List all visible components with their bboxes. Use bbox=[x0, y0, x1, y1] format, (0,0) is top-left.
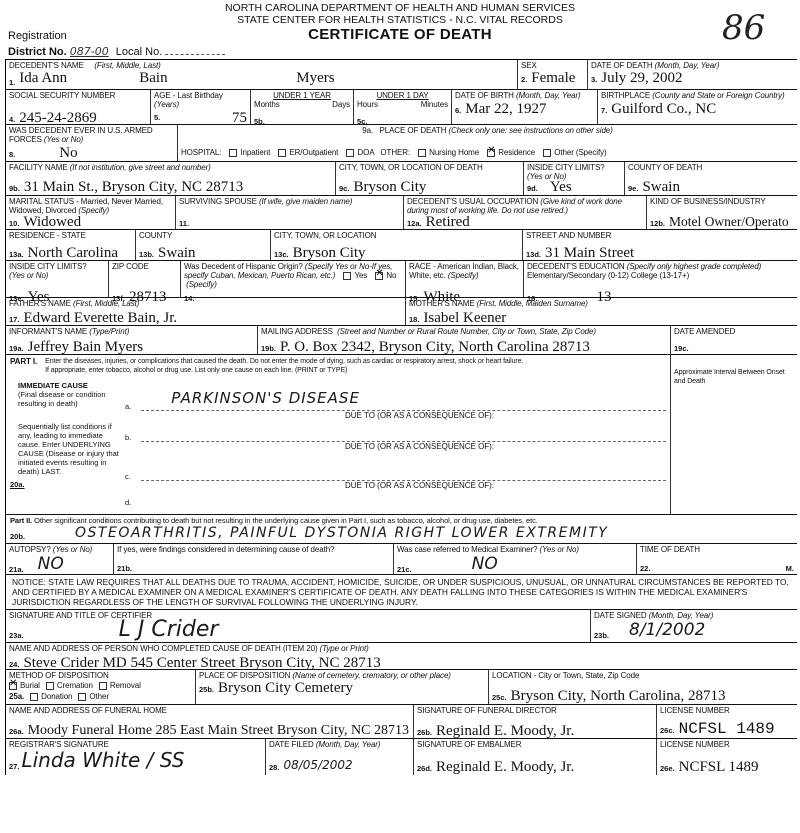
field-label: LICENSE NUMBER bbox=[660, 706, 794, 715]
field-label: DATE AMENDED bbox=[674, 327, 794, 336]
age-field: AGE - Last Birthday(Years) 5.75 bbox=[151, 90, 251, 124]
county-of-death-field: COUNTY OF DEATH 9e.Swain bbox=[625, 162, 797, 195]
field-number: 21a. bbox=[9, 565, 24, 574]
inpatient-checkbox[interactable] bbox=[229, 149, 237, 157]
other-disposition-label: Other bbox=[89, 692, 109, 701]
residence-county-value: Swain bbox=[158, 245, 196, 261]
field-hint: (Check only one: see instructions on oth… bbox=[449, 126, 613, 135]
residence-checkbox[interactable] bbox=[487, 149, 495, 157]
armed-forces-value: No bbox=[59, 145, 77, 161]
field-label: MOTHER'S NAME bbox=[409, 299, 475, 308]
field-label: AUTOPSY? bbox=[9, 545, 51, 554]
donation-checkbox[interactable] bbox=[30, 693, 38, 701]
field-label: METHOD OF DISPOSITION bbox=[9, 671, 192, 680]
certificate-title: CERTIFICATE OF DEATH bbox=[0, 26, 800, 44]
line-letter: a. bbox=[125, 402, 131, 411]
ssn-age-row: SOCIAL SECURITY NUMBER 4.245-24-2869 AGE… bbox=[6, 90, 797, 125]
interval-label: Approximate Interval Between Onset and D… bbox=[674, 368, 794, 386]
part-2-instructions: Other significant conditions contributin… bbox=[34, 516, 538, 525]
field-hint: (Specify) bbox=[448, 271, 479, 280]
field-number: 12a. bbox=[407, 219, 422, 228]
field-hint: (Years) bbox=[154, 100, 179, 109]
part-2-other-conditions: Part II. Other significant conditions co… bbox=[6, 515, 797, 544]
findings-field: If yes, were findings considered in dete… bbox=[114, 544, 394, 574]
line-letter: b. bbox=[125, 433, 131, 442]
mailing-address-field: MAILING ADDRESS (Street and Number or Ru… bbox=[258, 326, 671, 354]
hispanic-no-checkbox[interactable] bbox=[375, 272, 383, 280]
field-hint: (Yes or No) bbox=[9, 271, 48, 280]
business-field: KIND OF BUSINESS/INDUSTRY 12b.Motel Owne… bbox=[647, 196, 797, 229]
field-label: RESIDENCE - STATE bbox=[9, 231, 132, 240]
place-of-death-field: 9a. PLACE OF DEATH (Check only one: see … bbox=[178, 125, 797, 161]
burial-checkbox[interactable] bbox=[9, 682, 17, 690]
completer-row: NAME AND ADDRESS OF PERSON WHO COMPLETED… bbox=[6, 643, 797, 670]
age-value: 75 bbox=[232, 110, 247, 126]
race-field: RACE - American Indian, Black, White, et… bbox=[406, 261, 524, 297]
agency-line: STATE CENTER FOR HEALTH STATISTICS - N.C… bbox=[0, 14, 800, 26]
residence-street-value: 31 Main Street bbox=[545, 245, 634, 261]
er-outpatient-checkbox[interactable] bbox=[278, 149, 286, 157]
director-license-field: LICENSE NUMBER 26c.NCFSL 1489 bbox=[657, 705, 797, 738]
informant-name-value: Jeffrey Bain Myers bbox=[28, 339, 144, 355]
due-to-label: DUE TO (OR AS A CONSEQUENCE OF): bbox=[345, 411, 666, 420]
other-specify-label: Other (Specify) bbox=[554, 148, 606, 157]
field-label: FATHER'S NAME bbox=[9, 299, 71, 308]
field-label: SIGNATURE OF EMBALMER bbox=[417, 740, 653, 749]
cause-lines: a.PARKINSON'S DISEASE DUE TO (OR AS A CO… bbox=[125, 381, 666, 507]
field-number: 11. bbox=[179, 219, 189, 228]
dob-value: Mar 22, 1927 bbox=[465, 101, 546, 117]
surviving-spouse-field: SURVIVING SPOUSE (If wife, give maiden n… bbox=[176, 196, 404, 229]
field-label: MAILING ADDRESS bbox=[261, 327, 333, 336]
field-label: UNDER 1 YEAR bbox=[254, 91, 350, 100]
residence-label: Residence bbox=[498, 148, 535, 157]
field-number: 13b. bbox=[139, 250, 154, 259]
cause-line-a[interactable]: PARKINSON'S DISEASE bbox=[141, 389, 666, 411]
field-hint: (Type or Print) bbox=[320, 644, 369, 653]
field-number: 7. bbox=[601, 106, 607, 115]
doa-label: DOA bbox=[357, 148, 374, 157]
cause-instructions: IMMEDIATE CAUSE (Final disease or condit… bbox=[10, 381, 125, 507]
marital-occupation-row: MARITAL STATUS - Married, Never Married,… bbox=[6, 196, 797, 230]
field-hint: (First, Middle, Maiden Surname) bbox=[477, 299, 588, 308]
registrar-row: REGISTRAR'S SIGNATURE 27.Linda White / S… bbox=[6, 739, 797, 775]
mailing-address-value: P. O. Box 2342, Bryson City, North Carol… bbox=[280, 339, 590, 355]
donation-label: Donation bbox=[41, 692, 72, 701]
death-inside-limits-value: Yes bbox=[550, 179, 572, 195]
field-label: NAME AND ADDRESS OF FUNERAL HOME bbox=[9, 706, 410, 715]
field-number: 19c. bbox=[674, 344, 689, 353]
other-specify-checkbox[interactable] bbox=[543, 149, 551, 157]
business-value: Motel Owner/Operato bbox=[669, 214, 789, 229]
field-number: 23b. bbox=[594, 631, 609, 640]
part-1-label: PART I. bbox=[10, 357, 37, 375]
armed-forces-place-of-death-row: WAS DECEDENT EVER IN U.S. ARMED FORCES (… bbox=[6, 125, 797, 162]
sequential-instructions: Sequentially list conditions if any, lea… bbox=[18, 422, 125, 476]
registrar-signature: Linda White / SS bbox=[21, 749, 184, 771]
birthplace-value: Guilford Co., NC bbox=[611, 101, 716, 117]
facility-row: FACILITY NAME (If not institution, give … bbox=[6, 162, 797, 196]
cause-line-b[interactable] bbox=[141, 428, 666, 442]
field-number: 21c. bbox=[397, 565, 412, 574]
immediate-cause-label: IMMEDIATE CAUSE bbox=[18, 381, 88, 390]
part-1-cause-of-death: PART I. Enter the diseases, injuries, or… bbox=[6, 355, 797, 515]
hispanic-no-label: No bbox=[386, 271, 396, 280]
cause-line-c[interactable] bbox=[141, 467, 666, 481]
residence-state-value: North Carolina bbox=[28, 245, 118, 261]
field-number: 28. bbox=[269, 763, 279, 772]
certifier-signature: L J Crider bbox=[119, 620, 219, 640]
autopsy-value: NO bbox=[38, 554, 64, 574]
marital-status-value: Widowed bbox=[23, 214, 81, 230]
field-number: 26b. bbox=[417, 728, 432, 737]
field-number: 26c. bbox=[660, 726, 675, 735]
department-line: NORTH CAROLINA DEPARTMENT OF HEALTH AND … bbox=[0, 2, 800, 14]
other-disposition-checkbox[interactable] bbox=[78, 693, 86, 701]
cause-a-value: PARKINSON'S DISEASE bbox=[171, 389, 360, 407]
under-1-year-field: UNDER 1 YEAR MonthsDays 5b. bbox=[251, 90, 354, 124]
field-label: DATE FILED bbox=[269, 740, 314, 749]
field-number: 9e. bbox=[628, 184, 638, 193]
date-amended-field: DATE AMENDED 19c. bbox=[671, 326, 797, 354]
death-inside-limits-field: INSIDE CITY LIMITS?(Yes or No) 9d.Yes bbox=[524, 162, 625, 195]
zip-code-field: ZIP CODE 13f.28713 bbox=[109, 261, 181, 297]
other-conditions-field: Part II. Other significant conditions co… bbox=[6, 515, 797, 543]
field-number: 26a. bbox=[9, 727, 24, 736]
certifier-signature-field: SIGNATURE AND TITLE OF CERTIFIER 23a.L J… bbox=[6, 610, 591, 642]
part-2-label: Part II. bbox=[10, 516, 32, 525]
residence-state-field: RESIDENCE - STATE 13a.North Carolina bbox=[6, 230, 136, 260]
facility-field: FACILITY NAME (If not institution, give … bbox=[6, 162, 336, 195]
funeral-home-value: Moody Funeral Home 285 East Main Street … bbox=[28, 723, 409, 738]
inpatient-label: Inpatient bbox=[240, 148, 270, 157]
first-name: Ida Ann bbox=[19, 70, 139, 91]
certificate-form: DECEDENT'S NAME (First, Middle, Last) 1.… bbox=[5, 59, 797, 775]
field-number: 27. bbox=[9, 762, 19, 771]
residence-city-field: CITY, TOWN, OR LOCATION 13c.Bryson City bbox=[271, 230, 523, 260]
field-number: 17. bbox=[9, 315, 19, 324]
field-label: INSIDE CITY LIMITS? bbox=[9, 262, 87, 271]
field-number: 22. bbox=[640, 564, 650, 573]
field-hint: (Specify) bbox=[186, 280, 217, 289]
disposition-row: METHOD OF DISPOSITION BurialCremationRem… bbox=[6, 670, 797, 705]
meridiem-label: M. bbox=[786, 564, 794, 573]
registrar-signature-field: REGISTRAR'S SIGNATURE 27.Linda White / S… bbox=[6, 739, 266, 775]
field-label: ZIP CODE bbox=[112, 262, 177, 271]
field-label: SURVIVING SPOUSE bbox=[179, 197, 257, 206]
embalmer-license-field: LICENSE NUMBER 26e.NCFSL 1489 bbox=[657, 739, 797, 775]
field-number: 26e. bbox=[660, 764, 675, 773]
field-hint: (First, Middle, Last) bbox=[94, 61, 160, 70]
field-number: 8. bbox=[9, 150, 15, 159]
field-number: 19a. bbox=[9, 344, 24, 353]
field-hint: (Month, Day, Year) bbox=[649, 611, 714, 620]
field-number: 25b. bbox=[199, 685, 214, 694]
due-to-label: DUE TO (OR AS A CONSEQUENCE OF): bbox=[345, 481, 666, 490]
hispanic-yes-label: Yes bbox=[354, 271, 367, 280]
local-label: Local No. bbox=[116, 46, 162, 58]
marital-status-field: MARITAL STATUS - Married, Never Married,… bbox=[6, 196, 176, 229]
district-value: 087-00 bbox=[70, 45, 109, 58]
date-of-birth-field: DATE OF BIRTH (Month, Day, Year) 6.Mar 2… bbox=[452, 90, 598, 124]
field-label: PLACE OF DEATH bbox=[379, 126, 446, 135]
notice-row: NOTICE: STATE LAW REQUIRES THAT ALL DEAT… bbox=[6, 575, 797, 610]
ssn-field: SOCIAL SECURITY NUMBER 4.245-24-2869 bbox=[6, 90, 151, 124]
field-hint: (Name of cemetery, crematory, or other p… bbox=[292, 671, 450, 680]
field-label: DATE OF BIRTH bbox=[455, 91, 514, 100]
immediate-cause-hint: (Final disease or condition resulting in… bbox=[18, 390, 125, 408]
field-label: If yes, were findings considered in dete… bbox=[117, 545, 390, 554]
due-to-label: DUE TO (OR AS A CONSEQUENCE OF): bbox=[345, 442, 666, 451]
mother-name-value: Isabel Keener bbox=[423, 310, 506, 326]
parents-row: FATHER'S NAME (First, Middle, Last) 17.E… bbox=[6, 298, 797, 326]
field-label: COUNTY bbox=[139, 231, 267, 240]
field-number: 25c. bbox=[492, 693, 507, 702]
embalmer-value: Reginald E. Moody, Jr. bbox=[436, 759, 574, 775]
time-of-death-field: TIME OF DEATH 22.M. bbox=[637, 544, 797, 574]
date-of-death-value: July 29, 2002 bbox=[601, 70, 682, 86]
field-number: 23a. bbox=[9, 631, 24, 640]
field-number: 20b. bbox=[10, 532, 25, 541]
field-number: 12b. bbox=[650, 219, 665, 228]
birthplace-field: BIRTHPLACE (County and State or Foreign … bbox=[598, 90, 797, 124]
removal-checkbox[interactable] bbox=[99, 682, 107, 690]
embalmer-field: SIGNATURE OF EMBALMER 26d.Reginald E. Mo… bbox=[414, 739, 657, 775]
field-number: 13c. bbox=[274, 250, 289, 259]
removal-label: Removal bbox=[110, 681, 141, 690]
director-license-value: NCFSL 1489 bbox=[679, 720, 775, 738]
middle-name: Bain bbox=[139, 70, 296, 91]
occupation-value: Retired bbox=[426, 214, 470, 230]
field-label: AGE - Last Birthday bbox=[154, 91, 223, 100]
minutes-label: Minutes bbox=[421, 100, 448, 109]
mother-name-field: MOTHER'S NAME (First, Middle, Maiden Sur… bbox=[406, 298, 797, 325]
ssn-value: 245-24-2869 bbox=[19, 110, 97, 126]
field-hint: (Month, Day, Year) bbox=[516, 91, 581, 100]
field-number: 4. bbox=[9, 115, 15, 124]
occupation-field: DECEDENT'S USUAL OCCUPATION (Give kind o… bbox=[404, 196, 647, 229]
field-number: 25a. bbox=[9, 692, 24, 701]
field-number: 10. bbox=[9, 219, 19, 228]
last-name: Myers bbox=[296, 70, 334, 91]
field-number: 9d. bbox=[527, 184, 538, 193]
nursing-home-label: Nursing Home bbox=[429, 148, 479, 157]
field-label: UNDER 1 DAY bbox=[357, 91, 448, 100]
field-number: 2. bbox=[521, 75, 527, 84]
funeral-home-field: NAME AND ADDRESS OF FUNERAL HOME 26a.Moo… bbox=[6, 705, 414, 738]
part-1-instructions: Enter the diseases, injuries, or complic… bbox=[45, 357, 523, 366]
armed-forces-field: WAS DECEDENT EVER IN U.S. ARMED FORCES (… bbox=[6, 125, 178, 161]
informant-row: INFORMANT'S NAME (Type/Print) 19a.Jeffre… bbox=[6, 326, 797, 355]
field-number: 20a. bbox=[10, 480, 125, 489]
field-label: SIGNATURE OF FUNERAL DIRECTOR bbox=[417, 706, 653, 715]
residence-row: RESIDENCE - STATE 13a.North Carolina COU… bbox=[6, 230, 797, 261]
autopsy-field: AUTOPSY? (Yes or No) 21a.NO bbox=[6, 544, 114, 574]
field-hint: (Month, Day, Year) bbox=[316, 740, 381, 749]
field-hint: (Yes or No) bbox=[540, 545, 579, 554]
death-city-value: Bryson City bbox=[353, 179, 426, 195]
field-number: 19b. bbox=[261, 344, 276, 353]
completer-field: NAME AND ADDRESS OF PERSON WHO COMPLETED… bbox=[6, 643, 797, 669]
informant-name-field: INFORMANT'S NAME (Type/Print) 19a.Jeffre… bbox=[6, 326, 258, 354]
field-hint: (Specify) bbox=[78, 206, 109, 215]
education-scale: Elementary/Secondary (0-12) College (13-… bbox=[527, 271, 689, 280]
field-hint: (If wife, give maiden name) bbox=[259, 197, 352, 206]
education-field: DECEDENT'S EDUCATION (Specify only highe… bbox=[524, 261, 797, 297]
date-filed-value: 08/05/2002 bbox=[283, 758, 352, 772]
field-number: 5. bbox=[154, 110, 160, 126]
handwritten-number: 86 bbox=[722, 8, 765, 48]
field-label: LOCATION - City or Town, State, Zip Code bbox=[492, 671, 794, 680]
line-letter: d. bbox=[125, 498, 131, 507]
funeral-director-field: SIGNATURE OF FUNERAL DIRECTOR 26b.Regina… bbox=[414, 705, 657, 738]
field-label: FACILITY NAME bbox=[9, 163, 68, 172]
district-label: District No. bbox=[8, 46, 67, 58]
field-label: Was case referred to Medical Examiner? bbox=[397, 545, 537, 554]
field-label: DECEDENT'S EDUCATION bbox=[527, 262, 625, 271]
field-number: 13a. bbox=[9, 250, 24, 259]
field-number: 21b. bbox=[117, 564, 390, 573]
field-hint: (County and State or Foreign Country) bbox=[652, 91, 784, 100]
field-number: 9c. bbox=[339, 184, 349, 193]
field-label: DECEDENT'S USUAL OCCUPATION bbox=[407, 197, 538, 206]
field-hint: (Street and Number or Rural Route Number… bbox=[337, 327, 596, 336]
funeral-home-row: NAME AND ADDRESS OF FUNERAL HOME 26a.Moo… bbox=[6, 705, 797, 739]
field-number: 13d. bbox=[526, 250, 541, 259]
field-hint: (Yes or No) bbox=[53, 545, 92, 554]
place-of-disposition-field: PLACE OF DISPOSITION (Name of cemetery, … bbox=[196, 670, 489, 704]
date-filed-field: DATE FILED (Month, Day, Year) 28.08/05/2… bbox=[266, 739, 414, 775]
field-hint: (Specify only highest grade completed) bbox=[627, 262, 762, 271]
father-name-value: Edward Everette Bain, Jr. bbox=[23, 310, 177, 326]
field-hint: (Yes or No) bbox=[44, 135, 83, 144]
field-label: SEX bbox=[521, 61, 584, 70]
district-line: District No. 087-00 Local No. bbox=[8, 45, 225, 58]
decedent-name-field: DECEDENT'S NAME (First, Middle, Last) 1.… bbox=[6, 60, 518, 89]
registration-label: Registration bbox=[8, 30, 67, 42]
field-number: 9b. bbox=[9, 184, 20, 193]
medical-examiner-field: Was case referred to Medical Examiner? (… bbox=[394, 544, 637, 574]
hispanic-origin-field: Was Decedent of Hispanic Origin? (Specif… bbox=[181, 261, 406, 297]
line-letter: c. bbox=[125, 472, 131, 481]
father-name-field: FATHER'S NAME (First, Middle, Last) 17.E… bbox=[6, 298, 406, 325]
field-label: TIME OF DEATH bbox=[640, 545, 794, 554]
field-label: PLACE OF DISPOSITION bbox=[199, 671, 290, 680]
demographics-row: INSIDE CITY LIMITS?(Yes or No) 13e.Yes Z… bbox=[6, 261, 797, 298]
field-label: CITY, TOWN, OR LOCATION bbox=[274, 231, 519, 240]
interval-column: Approximate Interval Between Onset and D… bbox=[671, 355, 797, 514]
field-label: DATE SIGNED bbox=[594, 611, 647, 620]
field-label: INSIDE CITY LIMITS? bbox=[527, 163, 605, 172]
field-hint: (If not institution, give street and num… bbox=[70, 163, 211, 172]
field-label: KIND OF BUSINESS/INDUSTRY bbox=[650, 197, 794, 206]
residence-inside-limits-field: INSIDE CITY LIMITS?(Yes or No) 13e.Yes bbox=[6, 261, 109, 297]
field-label: LICENSE NUMBER bbox=[660, 740, 794, 749]
er-outpatient-label: ER/Outpatient bbox=[289, 148, 338, 157]
field-number: 6. bbox=[455, 106, 461, 115]
doa-checkbox[interactable] bbox=[346, 149, 354, 157]
field-number: 24. bbox=[9, 660, 19, 669]
sex-field: SEX 2.Female bbox=[518, 60, 588, 89]
date-signed-field: DATE SIGNED (Month, Day, Year) 23b.8/1/2… bbox=[591, 610, 797, 642]
field-hint: (Month, Day, Year) bbox=[655, 61, 720, 70]
funeral-director-value: Reginald E. Moody, Jr. bbox=[436, 723, 574, 739]
medical-examiner-value: NO bbox=[472, 554, 498, 574]
certificate-header: NORTH CAROLINA DEPARTMENT OF HEALTH AND … bbox=[0, 2, 800, 44]
field-number: 3. bbox=[591, 75, 597, 84]
burial-label: Burial bbox=[20, 681, 40, 690]
field-label: COUNTY OF DEATH bbox=[628, 163, 794, 172]
field-label: DATE OF DEATH bbox=[591, 61, 653, 70]
field-number: 1. bbox=[9, 75, 15, 91]
field-label: SIGNATURE AND TITLE OF CERTIFIER bbox=[9, 611, 587, 620]
cremation-checkbox[interactable] bbox=[46, 682, 54, 690]
hispanic-yes-checkbox[interactable] bbox=[343, 272, 351, 280]
field-label: STREET AND NUMBER bbox=[526, 231, 794, 240]
field-hint: (Type/Print) bbox=[89, 327, 129, 336]
field-number: 26d. bbox=[417, 764, 432, 773]
nursing-home-checkbox[interactable] bbox=[418, 149, 426, 157]
hours-label: Hours bbox=[357, 100, 378, 109]
field-label: DECEDENT'S NAME bbox=[9, 61, 84, 70]
date-signed-value: 8/1/2002 bbox=[629, 620, 705, 640]
field-label: NAME AND ADDRESS OF PERSON WHO COMPLETED… bbox=[9, 644, 318, 653]
cremation-label: Cremation bbox=[57, 681, 93, 690]
field-label: BIRTHPLACE bbox=[601, 91, 650, 100]
disposition-location-value: Bryson City, North Carolina, 28713 bbox=[511, 688, 726, 704]
field-label: CITY, TOWN, OR LOCATION OF DEATH bbox=[339, 163, 520, 172]
field-number: 18. bbox=[409, 315, 419, 324]
field-label: SOCIAL SECURITY NUMBER bbox=[9, 91, 147, 100]
embalmer-license-value: NCFSL 1489 bbox=[679, 759, 759, 775]
death-city-field: CITY, TOWN, OR LOCATION OF DEATH 9c.Brys… bbox=[336, 162, 524, 195]
decedent-name-row: DECEDENT'S NAME (First, Middle, Last) 1.… bbox=[6, 60, 797, 90]
certifier-row: SIGNATURE AND TITLE OF CERTIFIER 23a.L J… bbox=[6, 610, 797, 643]
under-1-day-field: UNDER 1 DAY HoursMinutes 5c. bbox=[354, 90, 452, 124]
date-of-death-field: DATE OF DEATH (Month, Day, Year) 3.July … bbox=[588, 60, 797, 89]
legal-notice: NOTICE: STATE LAW REQUIRES THAT ALL DEAT… bbox=[6, 575, 797, 609]
days-label: Days bbox=[332, 100, 350, 109]
cause-of-death-field: PART I. Enter the diseases, injuries, or… bbox=[6, 355, 671, 514]
method-of-disposition-field: METHOD OF DISPOSITION BurialCremationRem… bbox=[6, 670, 196, 704]
place-of-disposition-value: Bryson City Cemetery bbox=[218, 680, 353, 696]
disposition-location-field: LOCATION - City or Town, State, Zip Code… bbox=[489, 670, 797, 704]
months-label: Months bbox=[254, 100, 280, 109]
field-number: 9a. bbox=[362, 126, 373, 135]
sex-value: Female bbox=[531, 70, 575, 86]
residence-street-field: STREET AND NUMBER 13d.31 Main Street bbox=[523, 230, 797, 260]
county-of-death-value: Swain bbox=[642, 179, 680, 195]
facility-value: 31 Main St., Bryson City, NC 28713 bbox=[24, 179, 243, 195]
other-conditions-value: OSTEOARTHRITIS, PAINFUL DYSTONIA RIGHT L… bbox=[75, 525, 608, 541]
field-hint: (First, Middle, Last) bbox=[73, 299, 139, 308]
hospital-label: HOSPITAL: bbox=[181, 148, 221, 157]
completer-value: Steve Crider MD 545 Center Street Bryson… bbox=[23, 655, 380, 671]
residence-city-value: Bryson City bbox=[293, 245, 366, 261]
other-label: OTHER: bbox=[380, 148, 410, 157]
part-1-instructions-2: If appropriate, enter tobacco, alcohol o… bbox=[45, 366, 523, 375]
field-label: INFORMANT'S NAME bbox=[9, 327, 87, 336]
field-label: Was Decedent of Hispanic Origin? bbox=[184, 262, 303, 271]
autopsy-row: AUTOPSY? (Yes or No) 21a.NO If yes, were… bbox=[6, 544, 797, 575]
residence-county-field: COUNTY 13b.Swain bbox=[136, 230, 271, 260]
